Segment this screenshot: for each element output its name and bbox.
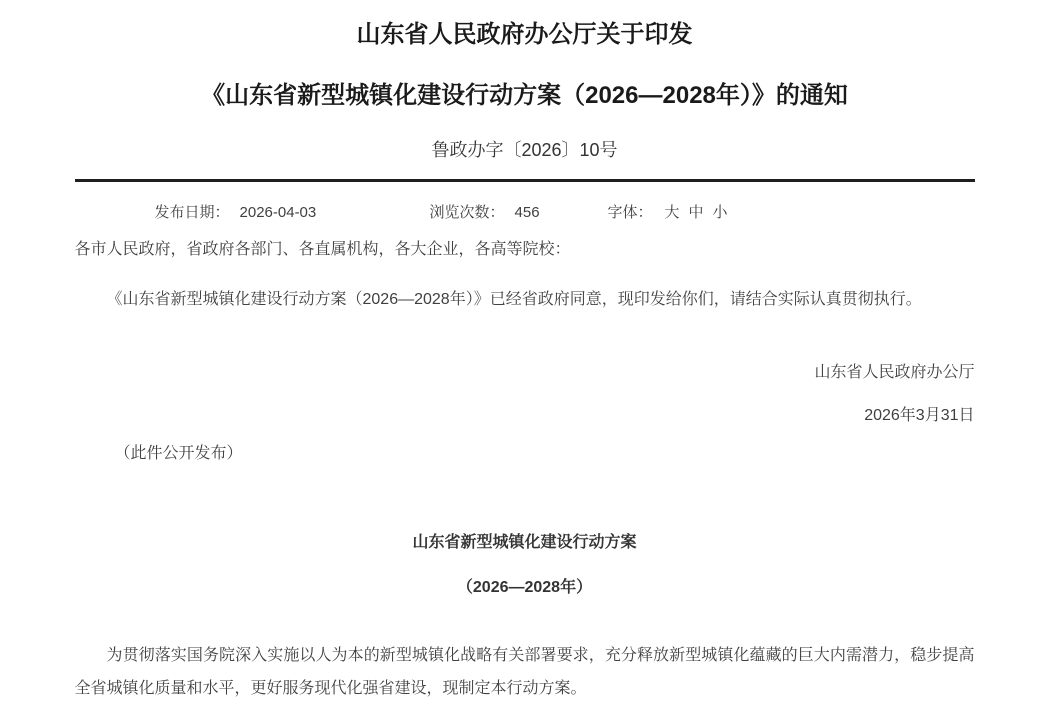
notice-body-paragraph: 《山东省新型城镇化建设行动方案（2026—2028年）》已经省政府同意，现印发给… — [75, 283, 975, 316]
publish-date-label: 发布日期： — [155, 204, 230, 221]
view-count: 浏览次数：456 — [430, 205, 608, 220]
font-size-large-button[interactable]: 大 — [665, 204, 680, 221]
doc-number: 鲁政办字〔2026〕10号 — [75, 141, 975, 159]
notice-page: 山东省人民政府办公厅关于印发 《山东省新型城镇化建设行动方案（2026—2028… — [75, 0, 975, 705]
public-release-note: （此件公开发布） — [75, 437, 975, 470]
page-title-line-1: 山东省人民政府办公厅关于印发 — [75, 0, 975, 47]
header-divider — [75, 179, 975, 182]
font-size-small-button[interactable]: 小 — [713, 204, 728, 221]
font-size-label: 字体： — [608, 204, 653, 221]
plan-title-line-2: （2026—2028年） — [75, 580, 975, 596]
publish-date: 发布日期：2026-04-03 — [155, 205, 430, 220]
plan-intro-paragraph: 为贯彻落实国务院深入实施以人为本的新型城镇化战略有关部署要求，充分释放新型城镇化… — [75, 639, 975, 705]
salutation: 各市人民政府，省政府各部门、各直属机构，各大企业，各高等院校： — [75, 233, 975, 266]
view-count-label: 浏览次数： — [430, 204, 505, 221]
issuer-signature: 山东省人民政府办公厅 — [75, 356, 975, 389]
page-title-line-2: 《山东省新型城镇化建设行动方案（2026—2028年）》的通知 — [75, 84, 975, 108]
issue-date: 2026年3月31日 — [75, 399, 975, 432]
meta-row: 发布日期：2026-04-03 浏览次数：456 字体：大中小 — [75, 205, 975, 220]
font-size-control: 字体：大中小 — [608, 205, 728, 220]
doc-body: 各市人民政府，省政府各部门、各直属机构，各大企业，各高等院校： 《山东省新型城镇… — [75, 233, 975, 705]
plan-title-line-1: 山东省新型城镇化建设行动方案 — [75, 535, 975, 551]
font-size-medium-button[interactable]: 中 — [689, 204, 704, 221]
doc-header: 山东省人民政府办公厅关于印发 《山东省新型城镇化建设行动方案（2026—2028… — [75, 0, 975, 159]
view-count-value: 456 — [515, 204, 540, 221]
publish-date-value: 2026-04-03 — [240, 204, 317, 221]
